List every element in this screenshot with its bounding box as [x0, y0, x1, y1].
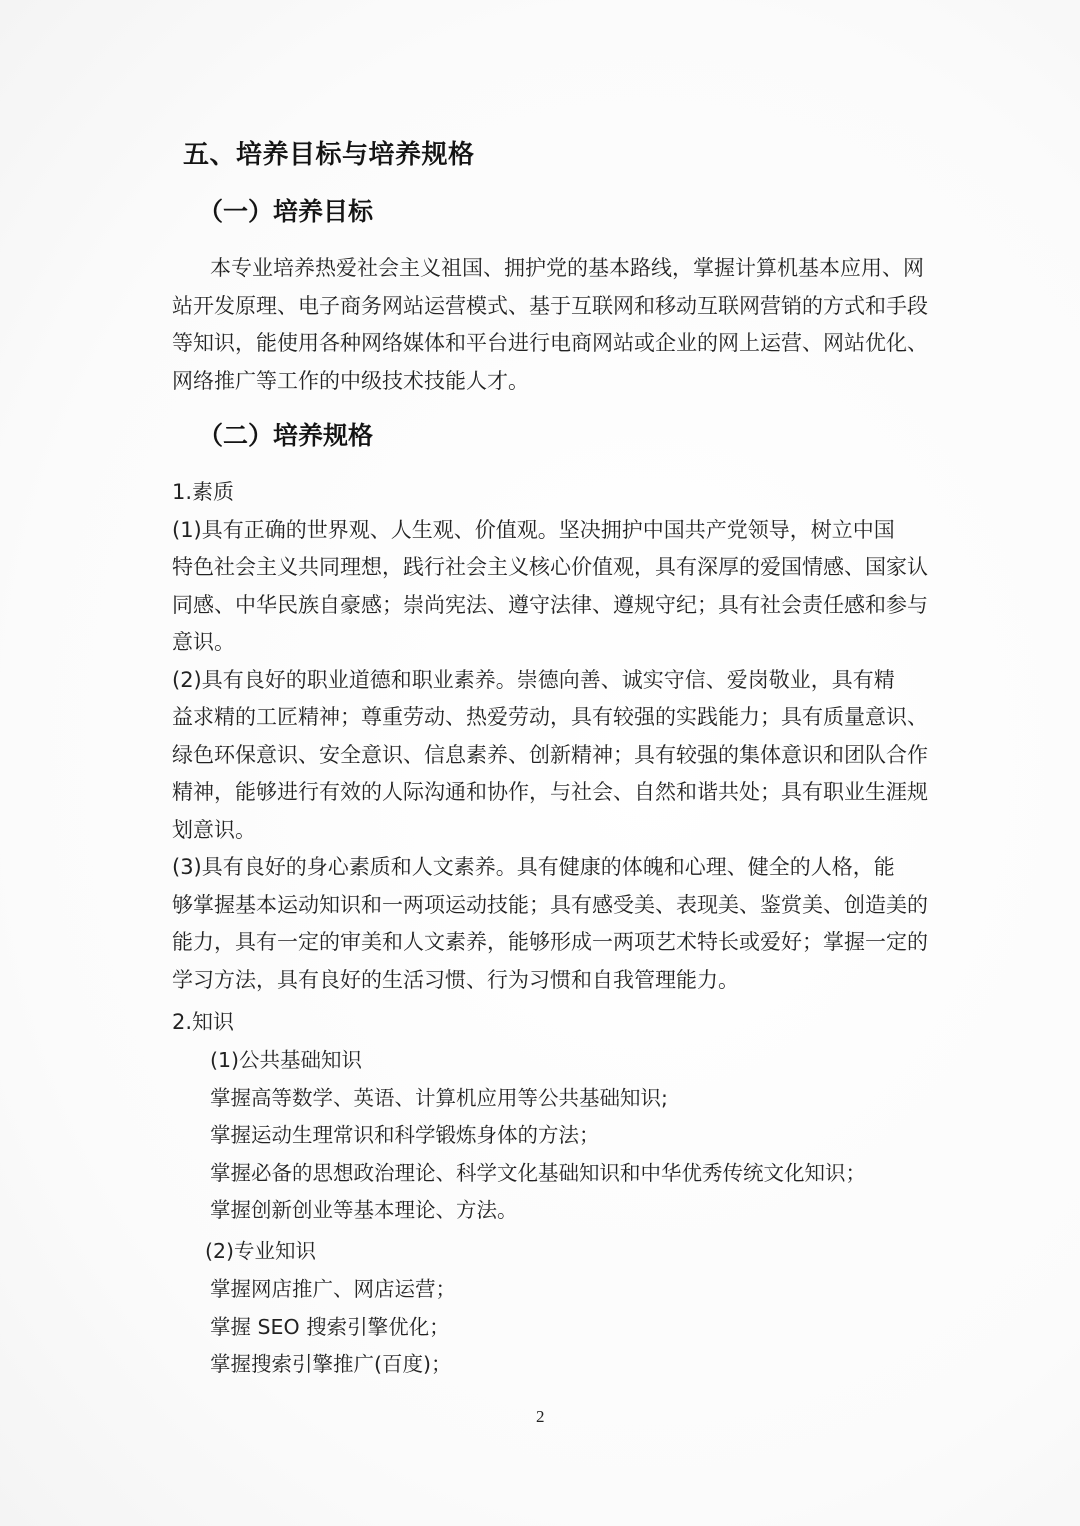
quality-line: 精神，能够进行有效的人际沟通和协作，与社会、自然和谐共处；具有职业生涯规: [172, 774, 928, 812]
professional-knowledge-list: 掌握网店推广、网店运营； 掌握 SEO 搜索引擎优化； 掌握搜索引擎推广(百度)…: [210, 1271, 456, 1384]
goal-line: 站开发原理、电子商务网站运营模式、基于互联网和移动互联网营销的方式和手段: [172, 288, 928, 326]
quality-section: 1.素质 (1)具有正确的世界观、人生观、价值观。坚决拥护中国共产党领导，树立中…: [172, 474, 928, 999]
quality-line: 学习方法，具有良好的生活习惯、行为习惯和自我管理能力。: [172, 962, 928, 1000]
quality-line: (1)具有正确的世界观、人生观、价值观。坚决拥护中国共产党领导，树立中国: [172, 512, 928, 550]
list-item: 掌握 SEO 搜索引擎优化；: [210, 1309, 456, 1347]
goal-line: 网络推广等工作的中级技术技能人才。: [172, 363, 928, 401]
quality-line: 划意识。: [172, 812, 928, 850]
list-item: 掌握高等数学、英语、计算机应用等公共基础知识;: [210, 1080, 866, 1118]
subsection-title-goal: （一）培养目标: [198, 192, 373, 228]
knowledge-heading: 2.知识: [172, 1004, 234, 1042]
section-title: 五、培养目标与培养规格: [183, 134, 475, 171]
page-number: 2: [536, 1407, 545, 1427]
subsection-title-spec: （二）培养规格: [198, 416, 373, 452]
list-item: 掌握创新创业等基本理论、方法。: [210, 1192, 866, 1230]
quality-heading: 1.素质: [172, 474, 928, 512]
public-knowledge-list: (1)公共基础知识 掌握高等数学、英语、计算机应用等公共基础知识; 掌握运动生理…: [210, 1042, 866, 1230]
goal-paragraph: 本专业培养热爱社会主义祖国、拥护党的基本路线，掌握计算机基本应用、网 站开发原理…: [172, 250, 928, 400]
professional-knowledge-heading: (2)专业知识: [205, 1233, 316, 1271]
goal-line: 等知识，能使用各种网络媒体和平台进行电商网站或企业的网上运营、网站优化、: [172, 325, 928, 363]
goal-line: 本专业培养热爱社会主义祖国、拥护党的基本路线，掌握计算机基本应用、网: [172, 250, 928, 288]
public-knowledge-heading: (1)公共基础知识: [210, 1042, 866, 1080]
list-item: 掌握运动生理常识和科学锻炼身体的方法；: [210, 1117, 866, 1155]
document-page: 五、培养目标与培养规格 （一）培养目标 本专业培养热爱社会主义祖国、拥护党的基本…: [0, 0, 1080, 1526]
quality-line: (2)具有良好的职业道德和职业素养。崇德向善、诚实守信、爱岗敬业，具有精: [172, 662, 928, 700]
quality-line: (3)具有良好的身心素质和人文素养。具有健康的体魄和心理、健全的人格，能: [172, 849, 928, 887]
quality-line: 能力，具有一定的审美和人文素养，能够形成一两项艺术特长或爱好；掌握一定的: [172, 924, 928, 962]
list-item: 掌握网店推广、网店运营；: [210, 1271, 456, 1309]
list-item: 掌握搜索引擎推广(百度)；: [210, 1346, 456, 1384]
quality-line: 绿色环保意识、安全意识、信息素养、创新精神；具有较强的集体意识和团队合作: [172, 737, 928, 775]
quality-line: 特色社会主义共同理想，践行社会主义核心价值观，具有深厚的爱国情感、国家认: [172, 549, 928, 587]
quality-line: 同感、中华民族自豪感；崇尚宪法、遵守法律、遵规守纪；具有社会责任感和参与: [172, 587, 928, 625]
quality-line: 意识。: [172, 624, 928, 662]
list-item: 掌握必备的思想政治理论、科学文化基础知识和中华优秀传统文化知识；: [210, 1155, 866, 1193]
quality-line: 够掌握基本运动知识和一两项运动技能；具有感受美、表现美、鉴赏美、创造美的: [172, 887, 928, 925]
quality-line: 益求精的工匠精神；尊重劳动、热爱劳动，具有较强的实践能力；具有质量意识、: [172, 699, 928, 737]
